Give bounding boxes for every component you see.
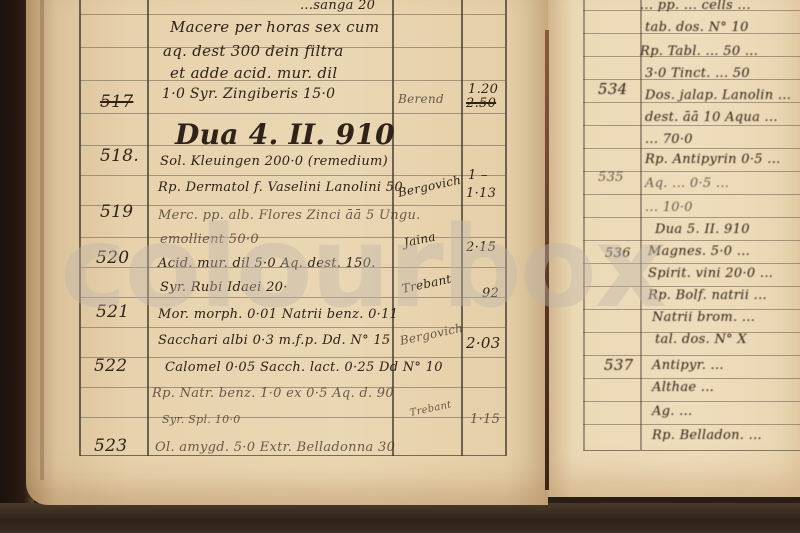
amount: 1 – bbox=[468, 168, 488, 183]
entry-number: 520 bbox=[96, 248, 129, 268]
amount: 1.20 bbox=[468, 82, 498, 97]
text-line: Rp. Belladon. ... bbox=[652, 428, 762, 443]
page-edge bbox=[40, 0, 44, 480]
text-line: Althae ... bbox=[652, 380, 714, 395]
text-line: dest. āā 10 Aqua ... bbox=[645, 110, 778, 125]
entry-number: 522 bbox=[94, 356, 127, 376]
entry-number: 521 bbox=[96, 302, 129, 322]
entry-number: 519 bbox=[100, 202, 133, 222]
text-line: 3·0 Tinct. ... 50 bbox=[645, 66, 750, 81]
entry-number: 535 bbox=[598, 170, 624, 185]
struck-entry-number: 517 bbox=[100, 92, 133, 112]
signature: Berend bbox=[398, 92, 444, 106]
entry-number: 523 bbox=[94, 436, 127, 456]
text-line: Macere per horas sex cum bbox=[170, 18, 379, 36]
text-line: tab. dos. N° 10 bbox=[645, 20, 749, 35]
text-line: ... 10·0 bbox=[645, 200, 693, 215]
entry-number: 534 bbox=[598, 80, 628, 98]
entry-line: Syr. Rubi Idaei 20· bbox=[160, 280, 288, 295]
text-line: ... pp. ... cells ... bbox=[640, 0, 751, 13]
amount: 92 bbox=[482, 286, 499, 301]
entry-line: Mor. morph. 0·01 Natrii benz. 0·11 bbox=[158, 307, 398, 322]
text-line: Magnes. 5·0 ... bbox=[648, 244, 750, 259]
entry-number: 518. bbox=[100, 146, 139, 166]
text-line: Rp. Antipyrin 0·5 ... bbox=[645, 152, 781, 167]
struck-amount: 2.50 bbox=[466, 96, 496, 111]
text-line: Natrii brom. ... bbox=[652, 310, 755, 325]
text-line: et adde acid. mur. dil bbox=[170, 64, 337, 82]
text-line: ...sanga 20 bbox=[300, 0, 375, 13]
amount: 1·15 bbox=[470, 412, 500, 427]
entry-line: Sacchari albi 0·3 m.f.p. Dd. N° 15 bbox=[158, 333, 390, 348]
date-heading: Dua 5. II. 910 bbox=[655, 222, 750, 237]
text-line: Spirit. vini 20·0 ... bbox=[648, 266, 773, 281]
entry-number: 536 bbox=[605, 246, 631, 261]
table-surface-bottom bbox=[0, 503, 800, 533]
amount: 2·15 bbox=[466, 240, 496, 255]
amount: 2·03 bbox=[466, 334, 501, 352]
text-line: Aq. ... 0·5 ... bbox=[645, 176, 729, 191]
text-line: Ag. ... bbox=[652, 404, 692, 419]
entry-line: Syr. Spl. 10·0 bbox=[162, 413, 241, 426]
entry-number: 537 bbox=[604, 356, 634, 374]
entry-line: Merc. pp. alb. Flores Zinci āā 5 Ungu. bbox=[158, 208, 421, 223]
text-line: Rp. Tabl. ... 50 ... bbox=[640, 44, 758, 59]
entry-line: Ol. amygd. 5·0 Extr. Belladonna 30 bbox=[155, 440, 395, 455]
entry-line: Rp. Natr. benz. 1·0 ex 0·5 Aq. d. 90 bbox=[152, 386, 394, 401]
book-gutter bbox=[545, 30, 549, 490]
ledger-photo: ...sanga 20 Macere per horas sex cum aq.… bbox=[0, 0, 800, 533]
date-heading: Dua 4. II. 910 bbox=[175, 118, 395, 151]
entry-line: Calomel 0·05 Sacch. lact. 0·25 Dd N° 10 bbox=[165, 360, 443, 375]
entry-line: Sol. Kleuingen 200·0 (remedium) bbox=[160, 154, 388, 169]
text-line: tal. dos. N° X bbox=[655, 332, 747, 347]
text-line: Antipyr. ... bbox=[652, 358, 724, 373]
entry-line: Acid. mur. dil 5·0 Aq. dest. 150. bbox=[158, 256, 376, 271]
text-line: Dos. jalap. Lanolin ... bbox=[645, 88, 791, 103]
text-line: Rp. Bolf. natrii ... bbox=[648, 288, 767, 303]
entry-line: Rp. Dermatol f. Vaselini Lanolini 50 bbox=[158, 180, 403, 195]
entry-line: emollient 50·0 bbox=[160, 232, 259, 247]
text-line: ... 70·0 bbox=[645, 132, 693, 147]
text-line: aq. dest 300 dein filtra bbox=[163, 42, 344, 60]
amount: 1·13 bbox=[466, 186, 496, 201]
text-line: 1·0 Syr. Zingiberis 15·0 bbox=[162, 86, 335, 102]
